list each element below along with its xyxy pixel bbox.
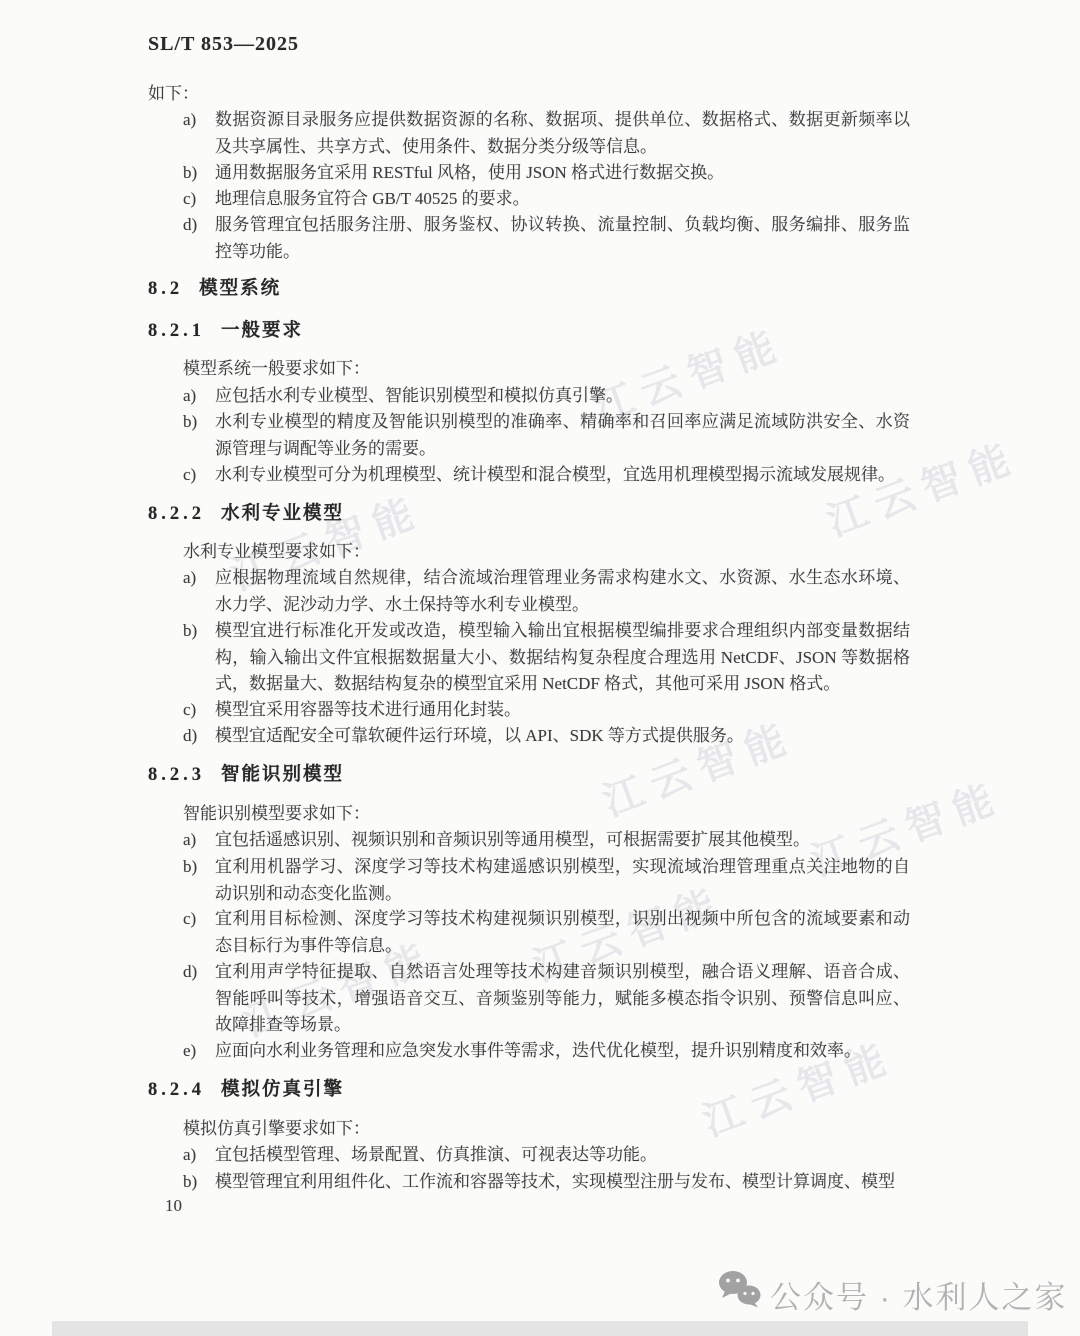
list-item: d) 服务管理宜包括服务注册、服务鉴权、协议转换、流量控制、负载均衡、服务编排、…	[183, 212, 910, 265]
list-marker: c)	[183, 906, 213, 933]
list-text: 宜包括模型管理、场景配置、仿真推演、可视表达等功能。	[215, 1145, 657, 1164]
wechat-account-label: 公众号 · 水利人之家	[770, 1272, 1068, 1317]
intro-line: 如下：	[148, 81, 910, 108]
list-item: b) 通用数据服务宜采用 RESTful 风格，使用 JSON 格式进行数据交换…	[183, 160, 910, 187]
section-number: 8.2.4	[148, 1080, 205, 1100]
section-lead: 水利专业模型要求如下：	[183, 539, 910, 566]
document-page: 江云智能 江云智能 江云智能 江云智能 江云智能 江云智能 江云智能 江云智能 …	[0, 0, 1080, 1336]
list-item: d) 模型宜适配安全可靠软硬件运行环境，以 API、SDK 等方式提供服务。	[183, 723, 910, 750]
list-text: 服务管理宜包括服务注册、服务鉴权、协议转换、流量控制、负载均衡、服务编排、服务监…	[215, 215, 910, 261]
standard-code: SL/T 853—2025	[148, 33, 299, 56]
section-title: 模型系统	[199, 277, 281, 298]
list-text: 模型宜进行标准化开发或改造，模型输入输出宜根据模型编排要求合理组织内部变量数据结…	[215, 621, 910, 693]
list-marker: c)	[183, 697, 213, 724]
list-marker: b)	[183, 854, 213, 881]
list-text: 应面向水利业务管理和应急突发水事件等需求，迭代优化模型，提升识别精度和效率。	[215, 1041, 861, 1060]
list-item: c) 宜利用目标检测、深度学习等技术构建视频识别模型，识别出视频中所包含的流域要…	[183, 906, 910, 959]
list-text: 模型管理宜利用组件化、工作流和容器等技术，实现模型注册与发布、模型计算调度、模型	[215, 1172, 895, 1191]
section-number: 8.2.2	[148, 504, 205, 524]
list-item: d) 宜利用声学特征提取、自然语言处理等技术构建音频识别模型，融合语义理解、语音…	[183, 959, 910, 1039]
list-item: c) 模型宜采用容器等技术进行通用化封装。	[183, 697, 910, 724]
list-marker: a)	[183, 565, 213, 592]
list-item: a) 应包括水利专业模型、智能识别模型和模拟仿真引擎。	[183, 383, 910, 410]
list-item: a) 宜包括模型管理、场景配置、仿真推演、可视表达等功能。	[183, 1142, 910, 1169]
list-item: c) 地理信息服务宜符合 GB/T 40525 的要求。	[183, 186, 910, 213]
list-text: 水利专业模型可分为机理模型、统计模型和混合模型，宜选用机理模型揭示流域发展规律。	[215, 465, 895, 484]
list-item: b) 模型管理宜利用组件化、工作流和容器等技术，实现模型注册与发布、模型计算调度…	[183, 1169, 910, 1196]
section-number: 8.2.1	[148, 321, 205, 341]
section-heading-8-2-4: 8.2.4模拟仿真引擎	[148, 1077, 344, 1102]
bottom-bar	[52, 1321, 1028, 1336]
list-marker: c)	[183, 186, 213, 213]
section-title: 一般要求	[221, 319, 303, 340]
section-number: 8.2	[148, 279, 183, 299]
list-text: 通用数据服务宜采用 RESTful 风格，使用 JSON 格式进行数据交换。	[215, 163, 724, 182]
wechat-banner: 公众号 · 水利人之家	[718, 1264, 1058, 1314]
wechat-logo-icon	[718, 1270, 762, 1308]
list-text: 地理信息服务宜符合 GB/T 40525 的要求。	[215, 189, 530, 208]
list-marker: c)	[183, 462, 213, 489]
section-heading-8-2-3: 8.2.3智能识别模型	[148, 762, 344, 787]
list-item: e) 应面向水利业务管理和应急突发水事件等需求，迭代优化模型，提升识别精度和效率…	[183, 1038, 910, 1065]
list-item: c) 水利专业模型可分为机理模型、统计模型和混合模型，宜选用机理模型揭示流域发展…	[183, 462, 910, 489]
section-lead: 智能识别模型要求如下：	[183, 801, 910, 828]
section-lead: 模拟仿真引擎要求如下：	[183, 1116, 910, 1143]
list-marker: b)	[183, 409, 213, 436]
list-text: 宜利用声学特征提取、自然语言处理等技术构建音频识别模型，融合语义理解、语音合成、…	[215, 962, 910, 1034]
section-heading-8-2-2: 8.2.2水利专业模型	[148, 501, 344, 526]
list-marker: d)	[183, 212, 213, 239]
list-text: 宜利用目标检测、深度学习等技术构建视频识别模型，识别出视频中所包含的流域要素和动…	[215, 909, 910, 955]
list-marker: d)	[183, 723, 213, 750]
list-marker: a)	[183, 107, 213, 134]
list-marker: a)	[183, 827, 213, 854]
list-text: 宜包括遥感识别、视频识别和音频识别等通用模型，可根据需要扩展其他模型。	[215, 830, 810, 849]
list-item: a) 数据资源目录服务应提供数据资源的名称、数据项、提供单位、数据格式、数据更新…	[183, 107, 910, 160]
section-heading-8-2-1: 8.2.1一般要求	[148, 318, 303, 343]
list-text: 模型宜适配安全可靠软硬件运行环境，以 API、SDK 等方式提供服务。	[215, 726, 744, 745]
section-title: 模拟仿真引擎	[221, 1078, 344, 1099]
section-title: 智能识别模型	[221, 763, 344, 784]
page-number: 10	[165, 1196, 182, 1216]
list-item: a) 应根据物理流域自然规律，结合流域治理管理业务需求构建水文、水资源、水生态水…	[183, 565, 910, 618]
list-marker: a)	[183, 1142, 213, 1169]
list-marker: d)	[183, 959, 213, 986]
list-marker: b)	[183, 1169, 213, 1196]
list-marker: a)	[183, 383, 213, 410]
list-marker: b)	[183, 160, 213, 187]
list-marker: b)	[183, 618, 213, 645]
list-text: 应根据物理流域自然规律，结合流域治理管理业务需求构建水文、水资源、水生态水环境、…	[215, 568, 910, 614]
list-text: 水利专业模型的精度及智能识别模型的准确率、精确率和召回率应满足流域防洪安全、水资…	[215, 412, 910, 458]
list-item: a) 宜包括遥感识别、视频识别和音频识别等通用模型，可根据需要扩展其他模型。	[183, 827, 910, 854]
section-title: 水利专业模型	[221, 502, 344, 523]
list-item: b) 模型宜进行标准化开发或改造，模型输入输出宜根据模型编排要求合理组织内部变量…	[183, 618, 910, 698]
list-text: 宜利用机器学习、深度学习等技术构建遥感识别模型，实现流域治理管理重点关注地物的自…	[215, 857, 910, 903]
list-text: 数据资源目录服务应提供数据资源的名称、数据项、提供单位、数据格式、数据更新频率以…	[215, 110, 910, 156]
list-item: b) 宜利用机器学习、深度学习等技术构建遥感识别模型，实现流域治理管理重点关注地…	[183, 854, 910, 907]
section-number: 8.2.3	[148, 765, 205, 785]
list-text: 模型宜采用容器等技术进行通用化封装。	[215, 700, 521, 719]
section-heading-8-2: 8.2模型系统	[148, 276, 281, 301]
list-text: 应包括水利专业模型、智能识别模型和模拟仿真引擎。	[215, 386, 623, 405]
list-marker: e)	[183, 1038, 213, 1065]
list-item: b) 水利专业模型的精度及智能识别模型的准确率、精确率和召回率应满足流域防洪安全…	[183, 409, 910, 462]
section-lead: 模型系统一般要求如下：	[183, 356, 910, 383]
